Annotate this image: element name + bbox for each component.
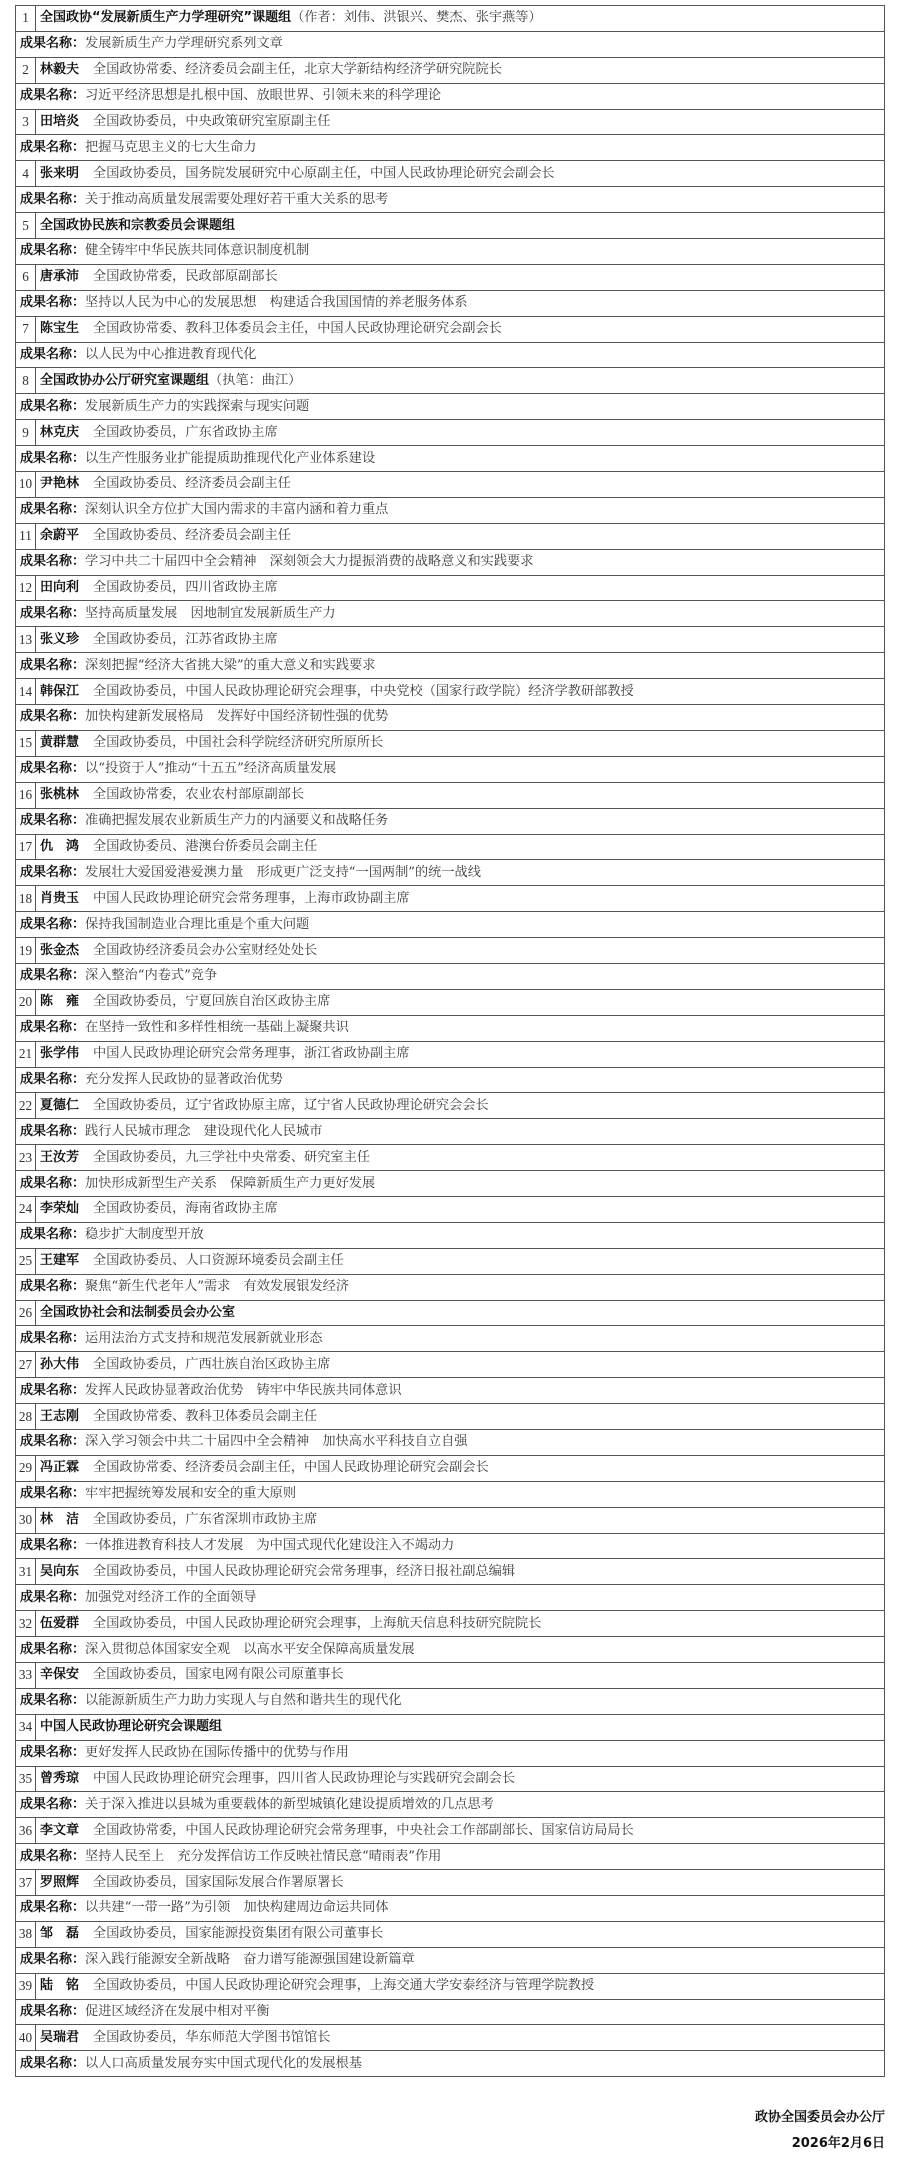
result-label: 成果名称： xyxy=(20,1590,85,1605)
entry-author-cell: 王建军全国政协委员、人口资源环境委员会副主任 xyxy=(36,1248,885,1274)
entry-result-cell: 成果名称：关于推动高质量发展需要处理好若干重大关系的思考 xyxy=(16,187,885,213)
author-name: 吴瑞君 xyxy=(40,2030,79,2045)
author-title: 全国政协委员，辽宁省政协原主席，辽宁省人民政协理论研究会会长 xyxy=(93,1098,489,1113)
entry-result-row: 成果名称：以人口高质量发展夯实中国式现代化的发展根基 xyxy=(16,2051,885,2077)
result-title: 充分发挥人民政协的显著政治优势 xyxy=(85,1072,283,1087)
entry-result-cell: 成果名称：充分发挥人民政协的显著政治优势 xyxy=(16,1067,885,1093)
result-title: 加快构建新发展格局 发挥好中国经济韧性强的优势 xyxy=(85,709,388,724)
entry-number: 27 xyxy=(16,1352,36,1378)
entry-author-cell: 林克庆全国政协委员，广东省政协主席 xyxy=(36,420,885,446)
author-title: 全国政协委员，华东师范大学图书馆馆长 xyxy=(93,2030,330,2045)
entry-number: 20 xyxy=(16,989,36,1015)
entry-author-cell: 张来明全国政协委员，国务院发展研究中心原副主任，中国人民政协理论研究会副会长 xyxy=(36,161,885,187)
author-title: 全国政协委员，中国社会科学院经济研究所原所长 xyxy=(93,735,383,750)
entry-header-row: 13张义珍全国政协委员，江苏省政协主席 xyxy=(16,627,885,653)
group-name: 全国政协民族和宗教委员会课题组 xyxy=(40,218,235,233)
result-title: 以生产性服务业扩能提质助推现代化产业体系建设 xyxy=(85,451,375,466)
result-label: 成果名称： xyxy=(20,36,85,51)
entry-number: 24 xyxy=(16,1196,36,1222)
entry-author-cell: 韩保江全国政协委员，中国人民政协理论研究会理事，中央党校（国家行政学院）经济学教… xyxy=(36,679,885,705)
entry-result-cell: 成果名称：深刻把握“经济大省挑大梁”的重大意义和实践要求 xyxy=(16,653,885,679)
entry-header-row: 22夏德仁全国政协委员，辽宁省政协原主席，辽宁省人民政协理论研究会会长 xyxy=(16,1093,885,1119)
entry-header-row: 16张桃林全国政协常委，农业农村部原副部长 xyxy=(16,782,885,808)
author-name: 张学伟 xyxy=(40,1046,79,1061)
result-label: 成果名称： xyxy=(20,1952,85,1967)
author-title: 全国政协常委、教科卫体委员会主任，中国人民政协理论研究会副会长 xyxy=(93,321,502,336)
entry-number: 31 xyxy=(16,1559,36,1585)
result-title: 发展新质生产力学理研究系列文章 xyxy=(85,36,283,51)
entry-result-cell: 成果名称：加快形成新型生产关系 保障新质生产力更好发展 xyxy=(16,1171,885,1197)
author-title: 全国政协委员，国务院发展研究中心原副主任，中国人民政协理论研究会副会长 xyxy=(93,166,555,181)
entry-result-row: 成果名称：坚持高质量发展 因地制宜发展新质生产力 xyxy=(16,601,885,627)
entry-result-cell: 成果名称：学习中共二十届四中全会精神 深刻领会大力提振消费的战略意义和实践要求 xyxy=(16,549,885,575)
entry-author-cell: 全国政协办公厅研究室课题组（执笔：曲江） xyxy=(36,368,885,394)
author-name: 林毅夫 xyxy=(40,62,79,77)
result-label: 成果名称： xyxy=(20,606,85,621)
entry-number: 1 xyxy=(16,6,36,32)
result-title: 深入学习领会中共二十届四中全会精神 加快高水平科技自立自强 xyxy=(85,1434,467,1449)
result-title: 深入贯彻总体国家安全观 以高水平安全保障高质量发展 xyxy=(85,1642,415,1657)
entry-result-row: 成果名称：习近平经济思想是扎根中国、放眼世界、引领未来的科学理论 xyxy=(16,83,885,109)
result-label: 成果名称： xyxy=(20,1279,85,1294)
entry-result-row: 成果名称：深入整治“内卷式”竞争 xyxy=(16,963,885,989)
entry-author-cell: 张金杰全国政协经济委员会办公室财经处处长 xyxy=(36,938,885,964)
entry-result-cell: 成果名称：以共建“一带一路”为引领 加快构建周边命运共同体 xyxy=(16,1896,885,1922)
group-name: 全国政协办公厅研究室课题组 xyxy=(40,373,209,388)
entry-header-row: 39陆 铭全国政协委员，中国人民政协理论研究会理事，上海交通大学安泰经济与管理学… xyxy=(16,1973,885,1999)
author-title: 全国政协委员，九三学社中央常委、研究室主任 xyxy=(93,1150,370,1165)
author-title: 全国政协经济委员会办公室财经处处长 xyxy=(93,943,317,958)
entry-number: 37 xyxy=(16,1870,36,1896)
entry-author-cell: 陆 铭全国政协委员，中国人民政协理论研究会理事，上海交通大学安泰经济与管理学院教… xyxy=(36,1973,885,1999)
result-label: 成果名称： xyxy=(20,1072,85,1087)
author-title: 全国政协委员、人口资源环境委员会副主任 xyxy=(93,1253,344,1268)
result-label: 成果名称： xyxy=(20,761,85,776)
author-title: 全国政协常委、教科卫体委员会副主任 xyxy=(93,1409,317,1424)
entry-header-row: 40吴瑞君全国政协委员，华东师范大学图书馆馆长 xyxy=(16,2025,885,2051)
entry-result-row: 成果名称：坚持以人民为中心的发展思想 构建适合我国国情的养老服务体系 xyxy=(16,290,885,316)
group-name: 全国政协“发展新质生产力学理研究”课题组 xyxy=(40,10,291,25)
result-title: 以“投资于人”推动“十五五”经济高质量发展 xyxy=(85,761,336,776)
entry-result-cell: 成果名称：保持我国制造业合理比重是个重大问题 xyxy=(16,912,885,938)
entry-result-row: 成果名称：健全铸牢中华民族共同体意识制度机制 xyxy=(16,239,885,265)
result-label: 成果名称： xyxy=(20,192,85,207)
entry-header-row: 11余蔚平全国政协委员、经济委员会副主任 xyxy=(16,523,885,549)
author-title: 全国政协委员，四川省政协主席 xyxy=(93,580,278,595)
result-label: 成果名称： xyxy=(20,1020,85,1035)
entry-author-cell: 夏德仁全国政协委员，辽宁省政协原主席，辽宁省人民政协理论研究会会长 xyxy=(36,1093,885,1119)
author-title: 全国政协委员，国家电网有限公司原董事长 xyxy=(93,1667,344,1682)
entry-header-row: 26全国政协社会和法制委员会办公室 xyxy=(16,1300,885,1326)
entry-author-cell: 全国政协“发展新质生产力学理研究”课题组（作者：刘伟、洪银兴、樊杰、张宇燕等） xyxy=(36,6,885,32)
results-table: 1全国政协“发展新质生产力学理研究”课题组（作者：刘伟、洪银兴、樊杰、张宇燕等）… xyxy=(15,5,885,2077)
author-title: 全国政协委员，广东省深圳市政协主席 xyxy=(93,1512,317,1527)
author-name: 田向利 xyxy=(40,580,79,595)
entry-number: 26 xyxy=(16,1300,36,1326)
entry-number: 14 xyxy=(16,679,36,705)
author-title: 全国政协委员，国家国际发展合作署原署长 xyxy=(93,1875,344,1890)
entry-header-row: 33辛保安全国政协委员，国家电网有限公司原董事长 xyxy=(16,1663,885,1689)
author-name: 尹艳林 xyxy=(40,476,79,491)
entry-result-row: 成果名称：深入贯彻总体国家安全观 以高水平安全保障高质量发展 xyxy=(16,1637,885,1663)
author-title: 全国政协委员、港澳台侨委员会副主任 xyxy=(93,839,317,854)
author-name: 曾秀琼 xyxy=(40,1771,79,1786)
entry-number: 36 xyxy=(16,1818,36,1844)
entry-result-row: 成果名称：加快形成新型生产关系 保障新质生产力更好发展 xyxy=(16,1171,885,1197)
entry-number: 19 xyxy=(16,938,36,964)
entry-number: 28 xyxy=(16,1404,36,1430)
result-label: 成果名称： xyxy=(20,1331,85,1346)
entry-result-row: 成果名称：牢牢把握统筹发展和安全的重大原则 xyxy=(16,1481,885,1507)
author-title: 全国政协委员，中国人民政协理论研究会理事，上海交通大学安泰经济与管理学院教授 xyxy=(93,1978,594,1993)
author-name: 唐承沛 xyxy=(40,269,79,284)
entry-header-row: 7陈宝生全国政协常委、教科卫体委员会主任，中国人民政协理论研究会副会长 xyxy=(16,316,885,342)
entry-result-cell: 成果名称：稳步扩大制度型开放 xyxy=(16,1222,885,1248)
entry-number: 33 xyxy=(16,1663,36,1689)
entry-result-cell: 成果名称：深入践行能源安全新战略 奋力谱写能源强国建设新篇章 xyxy=(16,1947,885,1973)
entry-author-cell: 仇 鸿全国政协委员、港澳台侨委员会副主任 xyxy=(36,834,885,860)
result-title: 加快形成新型生产关系 保障新质生产力更好发展 xyxy=(85,1176,375,1191)
entry-result-row: 成果名称：关于推动高质量发展需要处理好若干重大关系的思考 xyxy=(16,187,885,213)
entry-result-cell: 成果名称：关于深入推进以县城为重要载体的新型城镇化建设提质增效的几点思考 xyxy=(16,1792,885,1818)
entry-header-row: 5全国政协民族和宗教委员会课题组 xyxy=(16,213,885,239)
author-title: 全国政协委员，中国人民政协理论研究会理事，中央党校（国家行政学院）经济学教研部教… xyxy=(93,684,634,699)
entry-number: 21 xyxy=(16,1041,36,1067)
author-name: 李文章 xyxy=(40,1823,79,1838)
author-title: 全国政协委员，国家能源投资集团有限公司董事长 xyxy=(93,1926,383,1941)
result-label: 成果名称： xyxy=(20,399,85,414)
result-label: 成果名称： xyxy=(20,1124,85,1139)
result-title: 学习中共二十届四中全会精神 深刻领会大力提振消费的战略意义和实践要求 xyxy=(85,554,533,569)
result-label: 成果名称： xyxy=(20,968,85,983)
result-label: 成果名称： xyxy=(20,347,85,362)
result-title: 稳步扩大制度型开放 xyxy=(85,1227,204,1242)
entry-result-row: 成果名称：发展新质生产力的实践探索与现实问题 xyxy=(16,394,885,420)
entry-header-row: 28王志刚全国政协常委、教科卫体委员会副主任 xyxy=(16,1404,885,1430)
entry-result-row: 成果名称：运用法治方式支持和规范发展新就业形态 xyxy=(16,1326,885,1352)
entry-header-row: 34中国人民政协理论研究会课题组 xyxy=(16,1714,885,1740)
result-label: 成果名称： xyxy=(20,1745,85,1760)
author-name: 王志刚 xyxy=(40,1409,79,1424)
result-title: 深入践行能源安全新战略 奋力谱写能源强国建设新篇章 xyxy=(85,1952,415,1967)
entry-number: 40 xyxy=(16,2025,36,2051)
entry-result-row: 成果名称：一体推进教育科技人才发展 为中国式现代化建设注入不竭动力 xyxy=(16,1533,885,1559)
entry-result-row: 成果名称：稳步扩大制度型开放 xyxy=(16,1222,885,1248)
result-title: 保持我国制造业合理比重是个重大问题 xyxy=(85,917,309,932)
entry-result-cell: 成果名称：发展新质生产力的实践探索与现实问题 xyxy=(16,394,885,420)
entry-author-cell: 田培炎全国政协委员，中央政策研究室原副主任 xyxy=(36,109,885,135)
result-label: 成果名称： xyxy=(20,865,85,880)
entry-result-cell: 成果名称：践行人民城市理念 建设现代化人民城市 xyxy=(16,1119,885,1145)
entry-header-row: 3田培炎全国政协委员，中央政策研究室原副主任 xyxy=(16,109,885,135)
entry-result-row: 成果名称：充分发挥人民政协的显著政治优势 xyxy=(16,1067,885,1093)
author-name: 田培炎 xyxy=(40,114,79,129)
result-title: 更好发挥人民政协在国际传播中的优势与作用 xyxy=(85,1745,349,1760)
entry-number: 30 xyxy=(16,1507,36,1533)
result-label: 成果名称： xyxy=(20,917,85,932)
result-title: 加强党对经济工作的全面领导 xyxy=(85,1590,256,1605)
entry-author-cell: 田向利全国政协委员，四川省政协主席 xyxy=(36,575,885,601)
entry-number: 38 xyxy=(16,1921,36,1947)
entry-header-row: 9林克庆全国政协委员，广东省政协主席 xyxy=(16,420,885,446)
entry-number: 11 xyxy=(16,523,36,549)
entry-header-row: 37罗照辉全国政协委员，国家国际发展合作署原署长 xyxy=(16,1870,885,1896)
entry-author-cell: 罗照辉全国政协委员，国家国际发展合作署原署长 xyxy=(36,1870,885,1896)
entry-author-cell: 陈宝生全国政协常委、教科卫体委员会主任，中国人民政协理论研究会副会长 xyxy=(36,316,885,342)
entry-result-row: 成果名称：坚持人民至上 充分发挥信访工作反映社情民意“晴雨表”作用 xyxy=(16,1844,885,1870)
result-label: 成果名称： xyxy=(20,1538,85,1553)
group-name: 全国政协社会和法制委员会办公室 xyxy=(40,1305,235,1320)
entry-number: 10 xyxy=(16,472,36,498)
entry-author-cell: 李荣灿全国政协委员，海南省政协主席 xyxy=(36,1196,885,1222)
entry-header-row: 35曾秀琼中国人民政协理论研究会理事，四川省人民政协理论与实践研究会副会长 xyxy=(16,1766,885,1792)
result-label: 成果名称： xyxy=(20,1227,85,1242)
entry-header-row: 32伍爱群全国政协委员，中国人民政协理论研究会理事，上海航天信息科技研究院院长 xyxy=(16,1611,885,1637)
result-label: 成果名称： xyxy=(20,1434,85,1449)
entry-result-cell: 成果名称：深刻认识全方位扩大国内需求的丰富内涵和着力重点 xyxy=(16,497,885,523)
entry-header-row: 20陈 雍全国政协委员，宁夏回族自治区政协主席 xyxy=(16,989,885,1015)
entry-header-row: 17仇 鸿全国政协委员、港澳台侨委员会副主任 xyxy=(16,834,885,860)
entry-result-cell: 成果名称：深入学习领会中共二十届四中全会精神 加快高水平科技自立自强 xyxy=(16,1429,885,1455)
result-label: 成果名称： xyxy=(20,2004,85,2019)
entry-header-row: 14韩保江全国政协委员，中国人民政协理论研究会理事，中央党校（国家行政学院）经济… xyxy=(16,679,885,705)
entry-author-cell: 陈 雍全国政协委员，宁夏回族自治区政协主席 xyxy=(36,989,885,1015)
entry-result-row: 成果名称：以共建“一带一路”为引领 加快构建周边命运共同体 xyxy=(16,1896,885,1922)
entry-number: 5 xyxy=(16,213,36,239)
entry-result-row: 成果名称：以能源新质生产力助力实现人与自然和谐共生的现代化 xyxy=(16,1688,885,1714)
group-note: （作者：刘伟、洪银兴、樊杰、张宇燕等） xyxy=(291,10,542,25)
entry-author-cell: 王志刚全国政协常委、教科卫体委员会副主任 xyxy=(36,1404,885,1430)
entry-result-cell: 成果名称：坚持以人民为中心的发展思想 构建适合我国国情的养老服务体系 xyxy=(16,290,885,316)
entry-author-cell: 辛保安全国政协委员，国家电网有限公司原董事长 xyxy=(36,1663,885,1689)
result-label: 成果名称： xyxy=(20,1383,85,1398)
entry-result-row: 成果名称：践行人民城市理念 建设现代化人民城市 xyxy=(16,1119,885,1145)
issue-date: 2026年2月6日 xyxy=(792,2132,885,2151)
result-label: 成果名称： xyxy=(20,1900,85,1915)
author-name: 肖贵玉 xyxy=(40,891,79,906)
entry-result-row: 成果名称：以“投资于人”推动“十五五”经济高质量发展 xyxy=(16,756,885,782)
entry-result-cell: 成果名称：以能源新质生产力助力实现人与自然和谐共生的现代化 xyxy=(16,1688,885,1714)
result-title: 坚持人民至上 充分发挥信访工作反映社情民意“晴雨表”作用 xyxy=(85,1849,441,1864)
author-title: 全国政协委员，中央政策研究室原副主任 xyxy=(93,114,330,129)
entry-header-row: 10尹艳林全国政协委员、经济委员会副主任 xyxy=(16,472,885,498)
result-label: 成果名称： xyxy=(20,1176,85,1191)
author-name: 林克庆 xyxy=(40,425,79,440)
entry-result-row: 成果名称：把握马克思主义的七大生命力 xyxy=(16,135,885,161)
entry-number: 8 xyxy=(16,368,36,394)
author-name: 仇 鸿 xyxy=(40,839,79,854)
result-label: 成果名称： xyxy=(20,1486,85,1501)
entry-result-cell: 成果名称：加快构建新发展格局 发挥好中国经济韧性强的优势 xyxy=(16,705,885,731)
entry-number: 25 xyxy=(16,1248,36,1274)
entry-number: 9 xyxy=(16,420,36,446)
author-name: 张义珍 xyxy=(40,632,79,647)
result-title: 以能源新质生产力助力实现人与自然和谐共生的现代化 xyxy=(85,1693,402,1708)
entry-result-row: 成果名称：以人民为中心推进教育现代化 xyxy=(16,342,885,368)
entry-header-row: 6唐承沛全国政协常委，民政部原副部长 xyxy=(16,264,885,290)
entry-result-row: 成果名称：发展壮大爱国爱港爱澳力量 形成更广泛支持“一国两制”的统一战线 xyxy=(16,860,885,886)
entry-header-row: 23王汝芳全国政协委员，九三学社中央常委、研究室主任 xyxy=(16,1145,885,1171)
entry-result-row: 成果名称：发展新质生产力学理研究系列文章 xyxy=(16,31,885,57)
entry-header-row: 19张金杰全国政协经济委员会办公室财经处处长 xyxy=(16,938,885,964)
entry-result-row: 成果名称：学习中共二十届四中全会精神 深刻领会大力提振消费的战略意义和实践要求 xyxy=(16,549,885,575)
entry-result-cell: 成果名称：坚持人民至上 充分发挥信访工作反映社情民意“晴雨表”作用 xyxy=(16,1844,885,1870)
entry-result-cell: 成果名称：发挥人民政协显著政治优势 铸牢中华民族共同体意识 xyxy=(16,1378,885,1404)
author-name: 陆 铭 xyxy=(40,1978,79,1993)
entry-number: 32 xyxy=(16,1611,36,1637)
result-label: 成果名称： xyxy=(20,140,85,155)
result-label: 成果名称： xyxy=(20,295,85,310)
entry-result-row: 成果名称：深刻认识全方位扩大国内需求的丰富内涵和着力重点 xyxy=(16,497,885,523)
author-name: 王汝芳 xyxy=(40,1150,79,1165)
entry-author-cell: 尹艳林全国政协委员、经济委员会副主任 xyxy=(36,472,885,498)
result-title: 深刻认识全方位扩大国内需求的丰富内涵和着力重点 xyxy=(85,502,388,517)
author-title: 全国政协委员，广西壮族自治区政协主席 xyxy=(93,1357,330,1372)
entry-number: 35 xyxy=(16,1766,36,1792)
entry-result-row: 成果名称：更好发挥人民政协在国际传播中的优势与作用 xyxy=(16,1740,885,1766)
result-title: 发展新质生产力的实践探索与现实问题 xyxy=(85,399,309,414)
result-title: 以共建“一带一路”为引领 加快构建周边命运共同体 xyxy=(85,1900,389,1915)
result-label: 成果名称： xyxy=(20,658,85,673)
entry-header-row: 1全国政协“发展新质生产力学理研究”课题组（作者：刘伟、洪银兴、樊杰、张宇燕等） xyxy=(16,6,885,32)
author-title: 全国政协委员、经济委员会副主任 xyxy=(93,476,291,491)
entry-header-row: 18肖贵玉中国人民政协理论研究会常务理事，上海市政协副主席 xyxy=(16,886,885,912)
entry-author-cell: 王汝芳全国政协委员，九三学社中央常委、研究室主任 xyxy=(36,1145,885,1171)
entry-result-cell: 成果名称：发展壮大爱国爱港爱澳力量 形成更广泛支持“一国两制”的统一战线 xyxy=(16,860,885,886)
entry-number: 23 xyxy=(16,1145,36,1171)
entry-result-cell: 成果名称：以“投资于人”推动“十五五”经济高质量发展 xyxy=(16,756,885,782)
author-name: 冯正霖 xyxy=(40,1460,79,1475)
entry-number: 17 xyxy=(16,834,36,860)
entry-header-row: 12田向利全国政协委员，四川省政协主席 xyxy=(16,575,885,601)
result-title: 坚持以人民为中心的发展思想 构建适合我国国情的养老服务体系 xyxy=(85,295,467,310)
author-name: 张金杰 xyxy=(40,943,79,958)
entry-result-row: 成果名称：发挥人民政协显著政治优势 铸牢中华民族共同体意识 xyxy=(16,1378,885,1404)
author-title: 全国政协委员、经济委员会副主任 xyxy=(93,528,291,543)
entry-result-row: 成果名称：以生产性服务业扩能提质助推现代化产业体系建设 xyxy=(16,446,885,472)
group-name: 中国人民政协理论研究会课题组 xyxy=(40,1719,222,1734)
entry-number: 4 xyxy=(16,161,36,187)
entry-header-row: 31吴向东全国政协委员，中国人民政协理论研究会常务理事，经济日报社副总编辑 xyxy=(16,1559,885,1585)
entry-result-row: 成果名称：关于深入推进以县城为重要载体的新型城镇化建设提质增效的几点思考 xyxy=(16,1792,885,1818)
entry-author-cell: 林 洁全国政协委员，广东省深圳市政协主席 xyxy=(36,1507,885,1533)
author-title: 全国政协常委，农业农村部原副部长 xyxy=(93,787,304,802)
entry-header-row: 15黄群慧全国政协委员，中国社会科学院经济研究所原所长 xyxy=(16,730,885,756)
entry-result-cell: 成果名称：一体推进教育科技人才发展 为中国式现代化建设注入不竭动力 xyxy=(16,1533,885,1559)
entry-header-row: 4张来明全国政协委员，国务院发展研究中心原副主任，中国人民政协理论研究会副会长 xyxy=(16,161,885,187)
author-name: 张来明 xyxy=(40,166,79,181)
entry-header-row: 38邹 磊全国政协委员，国家能源投资集团有限公司董事长 xyxy=(16,1921,885,1947)
result-title: 以人口高质量发展夯实中国式现代化的发展根基 xyxy=(85,2056,362,2071)
entry-number: 7 xyxy=(16,316,36,342)
result-title: 健全铸牢中华民族共同体意识制度机制 xyxy=(85,243,309,258)
author-title: 全国政协委员，江苏省政协主席 xyxy=(93,632,278,647)
result-title: 践行人民城市理念 建设现代化人民城市 xyxy=(85,1124,322,1139)
entry-author-cell: 李文章全国政协常委，中国人民政协理论研究会常务理事，中央社会工作部副部长、国家信… xyxy=(36,1818,885,1844)
entry-result-cell: 成果名称：以生产性服务业扩能提质助推现代化产业体系建设 xyxy=(16,446,885,472)
entry-number: 16 xyxy=(16,782,36,808)
author-name: 张桃林 xyxy=(40,787,79,802)
entry-result-row: 成果名称：加快构建新发展格局 发挥好中国经济韧性强的优势 xyxy=(16,705,885,731)
result-title: 习近平经济思想是扎根中国、放眼世界、引领未来的科学理论 xyxy=(85,88,441,103)
entry-header-row: 29冯正霖全国政协常委、经济委员会副主任，中国人民政协理论研究会副会长 xyxy=(16,1455,885,1481)
results-table-body: 1全国政协“发展新质生产力学理研究”课题组（作者：刘伟、洪银兴、樊杰、张宇燕等）… xyxy=(16,6,885,2077)
entry-number: 29 xyxy=(16,1455,36,1481)
author-title: 全国政协委员，宁夏回族自治区政协主席 xyxy=(93,994,330,1009)
result-title: 以人民为中心推进教育现代化 xyxy=(85,347,256,362)
author-name: 林 洁 xyxy=(40,1512,79,1527)
entry-number: 39 xyxy=(16,1973,36,1999)
author-title: 全国政协委员，中国人民政协理论研究会常务理事，经济日报社副总编辑 xyxy=(93,1564,515,1579)
entry-author-cell: 中国人民政协理论研究会课题组 xyxy=(36,1714,885,1740)
entry-author-cell: 张桃林全国政协常委，农业农村部原副部长 xyxy=(36,782,885,808)
entry-number: 13 xyxy=(16,627,36,653)
author-name: 王建军 xyxy=(40,1253,79,1268)
entry-result-cell: 成果名称：习近平经济思想是扎根中国、放眼世界、引领未来的科学理论 xyxy=(16,83,885,109)
result-label: 成果名称： xyxy=(20,709,85,724)
entry-author-cell: 吴向东全国政协委员，中国人民政协理论研究会常务理事，经济日报社副总编辑 xyxy=(36,1559,885,1585)
entry-number: 18 xyxy=(16,886,36,912)
result-title: 坚持高质量发展 因地制宜发展新质生产力 xyxy=(85,606,336,621)
entry-author-cell: 肖贵玉中国人民政协理论研究会常务理事，上海市政协副主席 xyxy=(36,886,885,912)
entry-result-cell: 成果名称：把握马克思主义的七大生命力 xyxy=(16,135,885,161)
entry-result-row: 成果名称：深刻把握“经济大省挑大梁”的重大意义和实践要求 xyxy=(16,653,885,679)
entry-result-cell: 成果名称：更好发挥人民政协在国际传播中的优势与作用 xyxy=(16,1740,885,1766)
result-label: 成果名称： xyxy=(20,1693,85,1708)
entry-author-cell: 张义珍全国政协委员，江苏省政协主席 xyxy=(36,627,885,653)
entry-header-row: 36李文章全国政协常委，中国人民政协理论研究会常务理事，中央社会工作部副部长、国… xyxy=(16,1818,885,1844)
issuing-organization: 政协全国委员会办公厅 xyxy=(755,2106,885,2125)
result-title: 聚焦“新生代老年人”需求 有效发展银发经济 xyxy=(85,1279,349,1294)
entry-header-row: 30林 洁全国政协委员，广东省深圳市政协主席 xyxy=(16,1507,885,1533)
entry-result-cell: 成果名称：以人口高质量发展夯实中国式现代化的发展根基 xyxy=(16,2051,885,2077)
author-name: 夏德仁 xyxy=(40,1098,79,1113)
result-label: 成果名称： xyxy=(20,554,85,569)
entry-number: 2 xyxy=(16,57,36,83)
entry-author-cell: 余蔚平全国政协委员、经济委员会副主任 xyxy=(36,523,885,549)
result-title: 深刻把握“经济大省挑大梁”的重大意义和实践要求 xyxy=(85,658,375,673)
author-name: 孙大伟 xyxy=(40,1357,79,1372)
entry-result-cell: 成果名称：以人民为中心推进教育现代化 xyxy=(16,342,885,368)
entry-author-cell: 邹 磊全国政协委员，国家能源投资集团有限公司董事长 xyxy=(36,1921,885,1947)
author-title: 全国政协委员，广东省政协主席 xyxy=(93,425,278,440)
entry-result-cell: 成果名称：健全铸牢中华民族共同体意识制度机制 xyxy=(16,239,885,265)
result-title: 促进区域经济在发展中相对平衡 xyxy=(85,2004,270,2019)
result-title: 在坚持一致性和多样性相统一基础上凝聚共识 xyxy=(85,1020,349,1035)
entry-result-cell: 成果名称：促进区域经济在发展中相对平衡 xyxy=(16,1999,885,2025)
author-name: 李荣灿 xyxy=(40,1201,79,1216)
entry-author-cell: 孙大伟全国政协委员，广西壮族自治区政协主席 xyxy=(36,1352,885,1378)
author-name: 罗照辉 xyxy=(40,1875,79,1890)
entry-number: 22 xyxy=(16,1093,36,1119)
entry-result-row: 成果名称：聚焦“新生代老年人”需求 有效发展银发经济 xyxy=(16,1274,885,1300)
entry-number: 12 xyxy=(16,575,36,601)
result-label: 成果名称： xyxy=(20,243,85,258)
result-title: 深入整治“内卷式”竞争 xyxy=(85,968,217,983)
entry-author-cell: 伍爱群全国政协委员，中国人民政协理论研究会理事，上海航天信息科技研究院院长 xyxy=(36,1611,885,1637)
author-title: 全国政协委员，海南省政协主席 xyxy=(93,1201,278,1216)
result-title: 把握马克思主义的七大生命力 xyxy=(85,140,256,155)
entry-result-row: 成果名称：准确把握发展农业新质生产力的内涵要义和战略任务 xyxy=(16,808,885,834)
entry-author-cell: 林毅夫全国政协常委、经济委员会副主任，北京大学新结构经济学研究院院长 xyxy=(36,57,885,83)
result-title: 一体推进教育科技人才发展 为中国式现代化建设注入不竭动力 xyxy=(85,1538,454,1553)
entry-header-row: 27孙大伟全国政协委员，广西壮族自治区政协主席 xyxy=(16,1352,885,1378)
result-label: 成果名称： xyxy=(20,1849,85,1864)
result-label: 成果名称： xyxy=(20,2056,85,2071)
entry-result-cell: 成果名称：深入整治“内卷式”竞争 xyxy=(16,963,885,989)
entry-author-cell: 曾秀琼中国人民政协理论研究会理事，四川省人民政协理论与实践研究会副会长 xyxy=(36,1766,885,1792)
result-title: 发挥人民政协显著政治优势 铸牢中华民族共同体意识 xyxy=(85,1383,402,1398)
